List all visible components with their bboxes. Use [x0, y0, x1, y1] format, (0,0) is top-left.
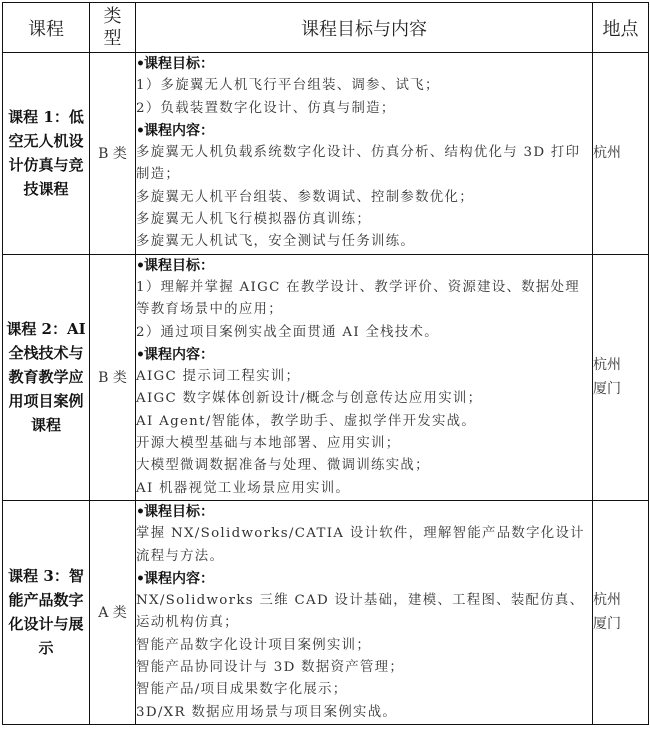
course-location: 杭州 厦门 — [593, 254, 649, 500]
header-row: 课程 类 型 课程目标与内容 地点 — [3, 3, 649, 53]
header-content: 课程目标与内容 — [136, 3, 593, 53]
course-name: 课程 3：智能产品数字化设计与展示 — [3, 500, 90, 724]
content-item: NX/Solidworks 三维 CAD 设计基础，建模、工程图、装配仿真、运动… — [136, 590, 592, 635]
table-row: 课程 1：低空无人机设计仿真与竞技课程 B 类 •课程目标： 1）多旋翼无人机飞… — [3, 53, 649, 255]
content-item: 智能产品数字化设计项目案例实训； — [136, 635, 592, 657]
content-item: 智能产品协同设计与 3D 数据资产管理； — [136, 657, 592, 679]
header-type: 类 型 — [90, 3, 136, 53]
content-heading: •课程内容： — [136, 120, 592, 142]
goals-heading: •课程目标： — [136, 53, 592, 75]
content-heading: •课程内容： — [136, 568, 592, 590]
bullet-icon: • — [136, 501, 144, 523]
goal-item: 2）负载装置数字化设计、仿真与制造； — [136, 98, 592, 120]
content-item: 多旋翼无人机平台组装、参数调试、控制参数优化； — [136, 187, 592, 209]
bullet-icon: • — [136, 255, 144, 277]
bullet-icon: • — [136, 120, 144, 142]
content-item: 大模型微调数据准备与处理、微调训练实战； — [136, 455, 592, 477]
goal-item: 掌握 NX/Solidworks/CATIA 设计软件，理解智能产品数字化设计流… — [136, 523, 592, 568]
header-type-line1: 类 — [90, 6, 135, 28]
content-item: 开源大模型基础与本地部署、应用实训； — [136, 433, 592, 455]
bullet-icon: • — [136, 344, 144, 366]
course-location: 杭州 — [593, 53, 649, 255]
content-item: 多旋翼无人机负载系统数字化设计、仿真分析、结构优化与 3D 打印制造； — [136, 142, 592, 187]
course-type: A 类 — [90, 500, 136, 724]
course-table: 课程 类 型 课程目标与内容 地点 课程 1：低空无人机设计仿真与竞技课程 B … — [2, 2, 649, 725]
table-row: 课程 2：AI 全栈技术与教育教学应用项目案例课程 B 类 •课程目标： 1）理… — [3, 254, 649, 500]
content-item: 智能产品/项目成果数字化展示； — [136, 679, 592, 701]
course-location: 杭州 厦门 — [593, 500, 649, 724]
content-item: 多旋翼无人机飞行模拟器仿真训练； — [136, 209, 592, 231]
course-name: 课程 1：低空无人机设计仿真与竞技课程 — [3, 53, 90, 255]
bullet-icon: • — [136, 53, 144, 75]
bullet-icon: • — [136, 568, 144, 590]
content-item: AIGC 提示词工程实训； — [136, 366, 592, 388]
content-item: AI Agent/智能体，教学助手、虚拟学伴开发实战。 — [136, 411, 592, 433]
goal-item: 1）理解并掌握 AIGC 在教学设计、教学评价、资源建设、数据处理等教育场景中的… — [136, 277, 592, 322]
course-type: B 类 — [90, 254, 136, 500]
content-heading: •课程内容： — [136, 344, 592, 366]
course-type: B 类 — [90, 53, 136, 255]
content-item: AIGC 数字媒体创新设计/概念与创意传达应用实训； — [136, 388, 592, 410]
course-name: 课程 2：AI 全栈技术与教育教学应用项目案例课程 — [3, 254, 90, 500]
course-content: •课程目标： 掌握 NX/Solidworks/CATIA 设计软件，理解智能产… — [136, 500, 593, 724]
header-location: 地点 — [593, 3, 649, 53]
header-course: 课程 — [3, 3, 90, 53]
course-content: •课程目标： 1）多旋翼无人机飞行平台组装、调参、试飞； 2）负载装置数字化设计… — [136, 53, 593, 255]
goal-item: 1）多旋翼无人机飞行平台组装、调参、试飞； — [136, 75, 592, 97]
goal-item: 2）通过项目案例实战全面贯通 AI 全栈技术。 — [136, 322, 592, 344]
content-item: 3D/XR 数据应用场景与项目案例实战。 — [136, 702, 592, 724]
content-item: AI 机器视觉工业场景应用实训。 — [136, 478, 592, 500]
header-type-line2: 型 — [90, 28, 135, 50]
course-content: •课程目标： 1）理解并掌握 AIGC 在教学设计、教学评价、资源建设、数据处理… — [136, 254, 593, 500]
goals-heading: •课程目标： — [136, 255, 592, 277]
goals-heading: •课程目标： — [136, 501, 592, 523]
table-row: 课程 3：智能产品数字化设计与展示 A 类 •课程目标： 掌握 NX/Solid… — [3, 500, 649, 724]
content-item: 多旋翼无人机试飞，安全测试与任务训练。 — [136, 231, 592, 253]
